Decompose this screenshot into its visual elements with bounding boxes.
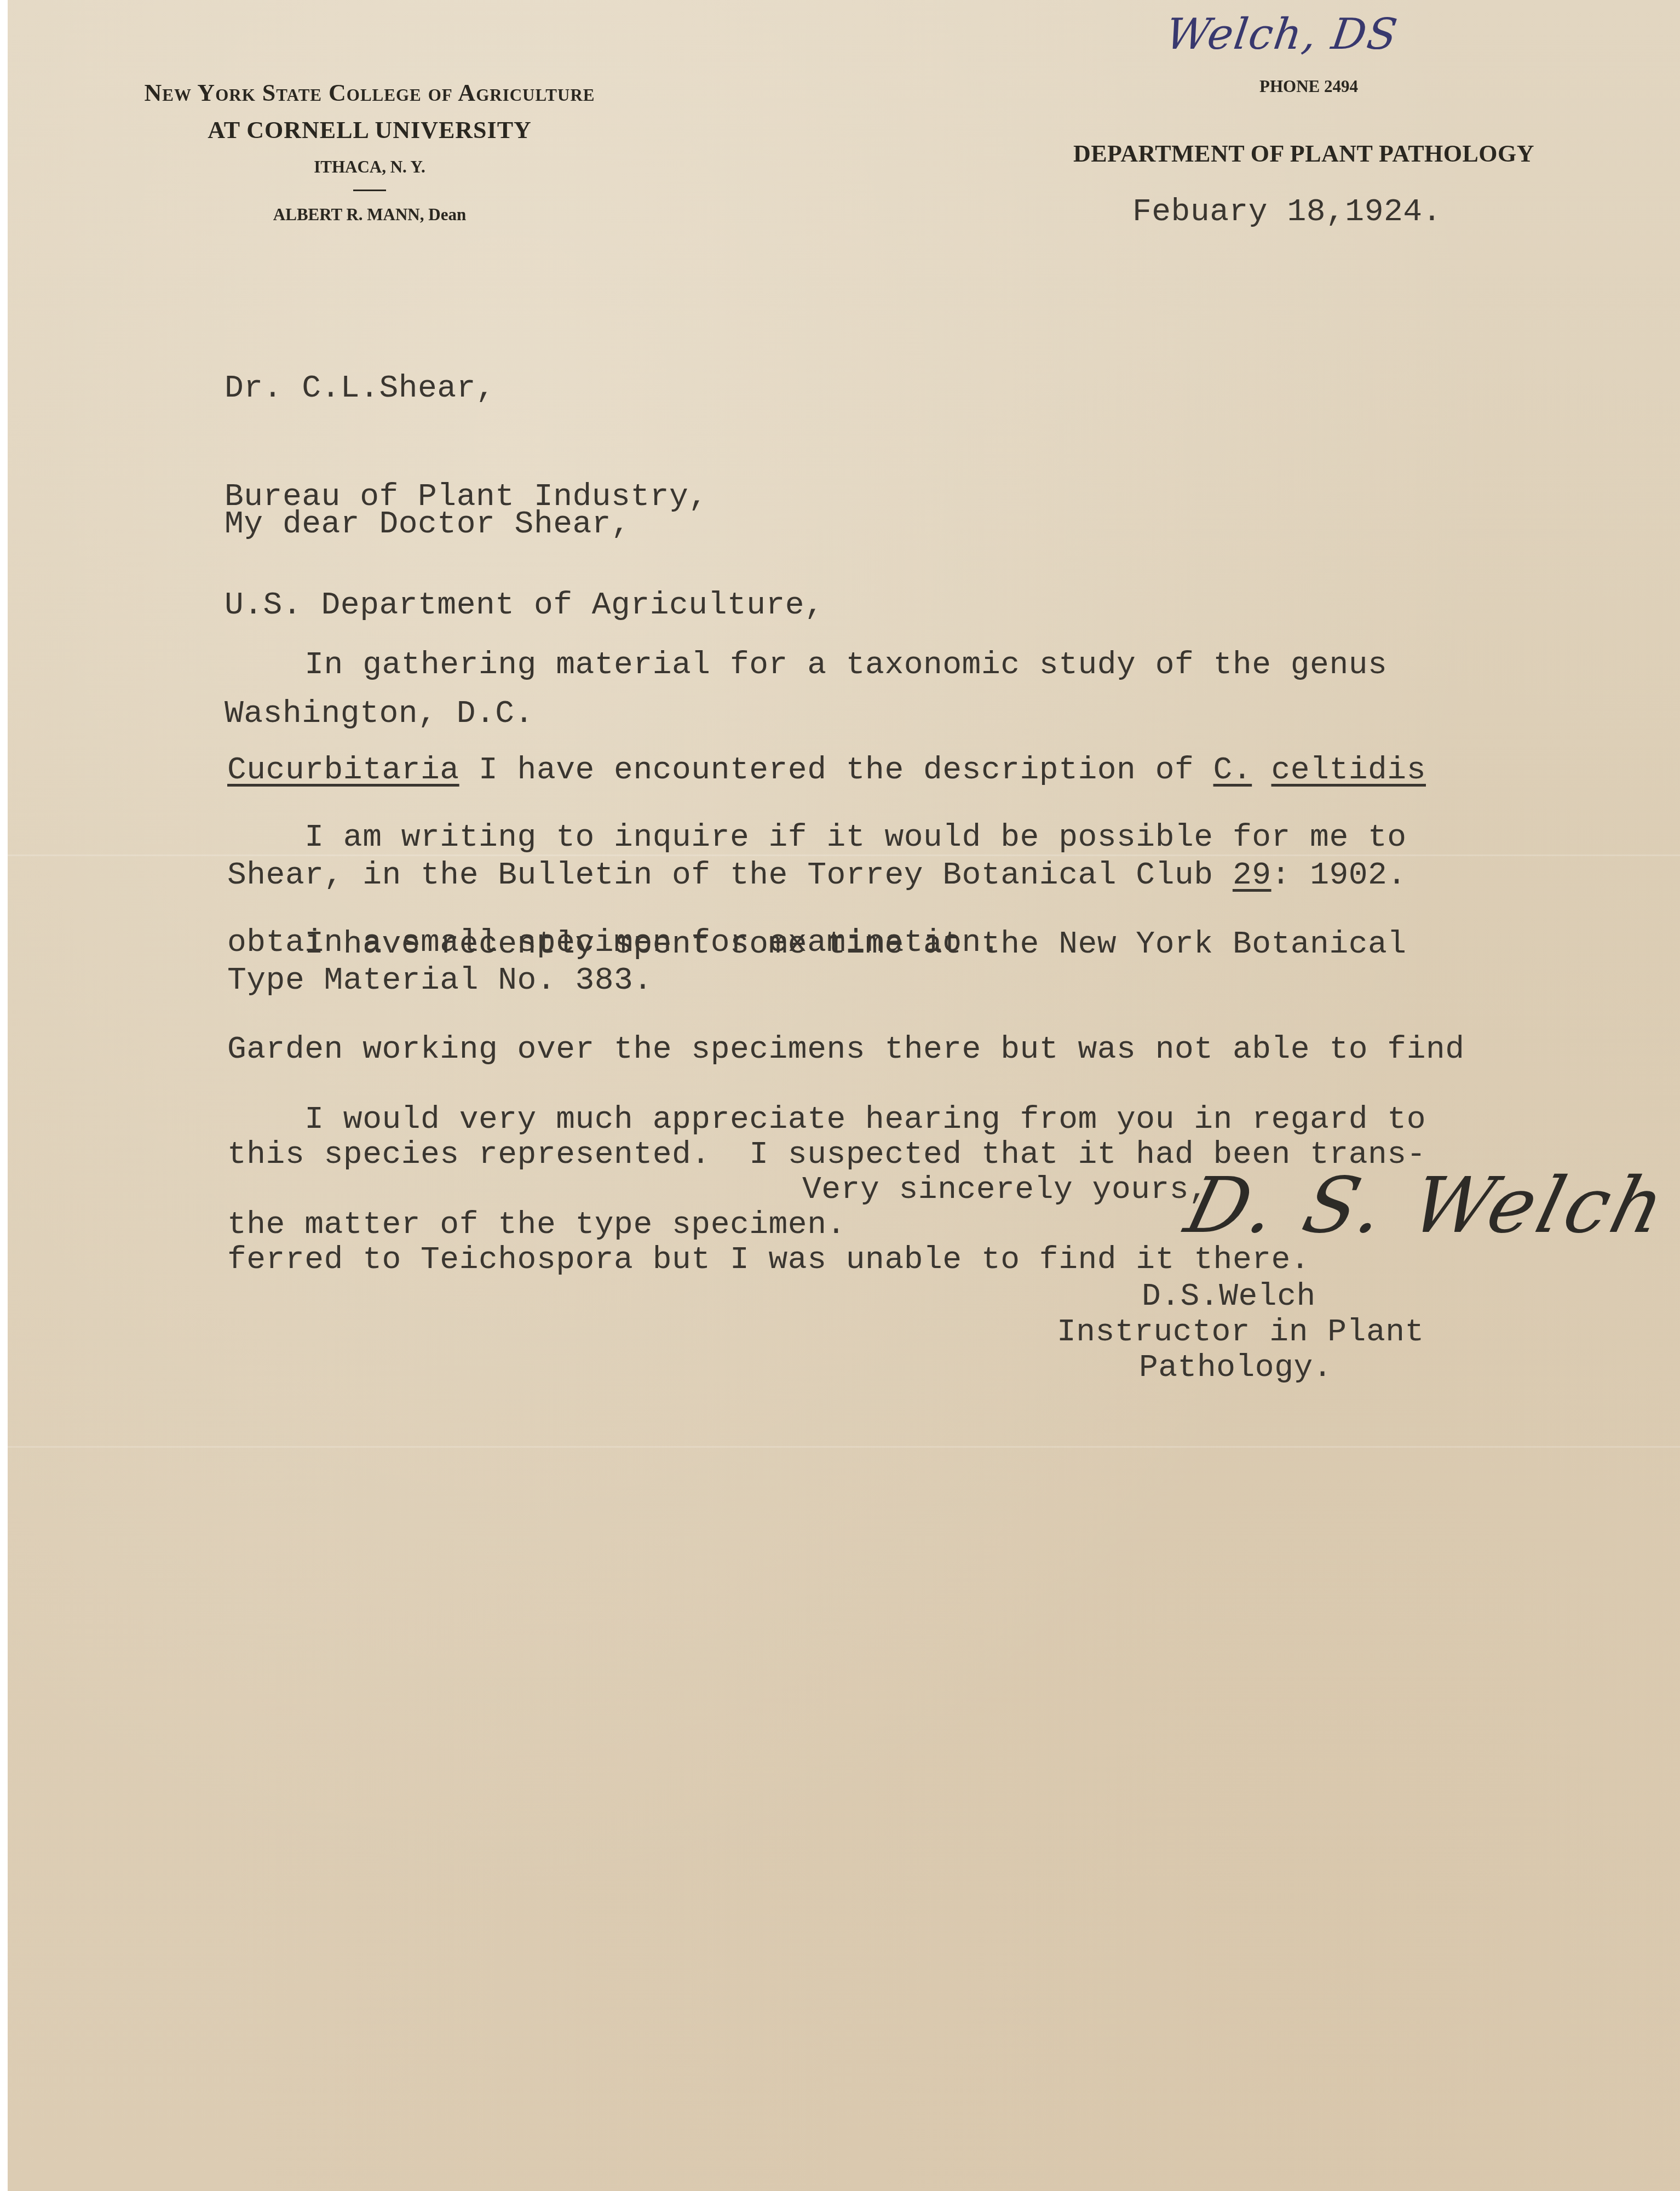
- letterhead-university: AT CORNELL UNIVERSITY: [82, 113, 657, 148]
- letterhead-phone: PHONE 2494: [1259, 77, 1424, 96]
- paragraph-line: I have recently spent some time at the N…: [227, 927, 1651, 962]
- handwritten-signature: D. S. Welch: [1177, 1161, 1677, 1251]
- handwritten-annotation: Welch, DS: [1163, 10, 1401, 59]
- recipient-name: Dr. C.L.Shear,: [225, 371, 824, 407]
- signer-title: Instructor in Plant: [1057, 1315, 1424, 1350]
- paper-fold-line: [8, 1446, 1680, 1448]
- letterhead-location: ITHACA, N. Y.: [82, 153, 657, 181]
- letterhead-department: DEPARTMENT OF PLANT PATHOLOGY: [1073, 140, 1534, 168]
- signer-name: D.S.Welch: [1142, 1279, 1316, 1315]
- closing: Very sincerely yours,: [802, 1172, 1208, 1208]
- paragraph-line: I would very much appreciate hearing fro…: [227, 1103, 1651, 1138]
- letterhead-dean: ALBERT R. MANN, Dean: [82, 201, 657, 228]
- salutation: My dear Doctor Shear,: [225, 507, 630, 542]
- letterhead-divider: [353, 190, 386, 191]
- signer-title-cont: Pathology.: [1139, 1350, 1332, 1386]
- letterhead-college-name: New York State College of Agriculture: [82, 77, 657, 110]
- paragraph-line: In gathering material for a taxonomic st…: [227, 648, 1651, 683]
- paragraph-line: I am writing to inquire if it would be p…: [227, 821, 1651, 856]
- letterhead-institution-block: New York State College of Agriculture AT…: [82, 77, 657, 228]
- letter-date: Febuary 18,1924.: [1132, 194, 1442, 230]
